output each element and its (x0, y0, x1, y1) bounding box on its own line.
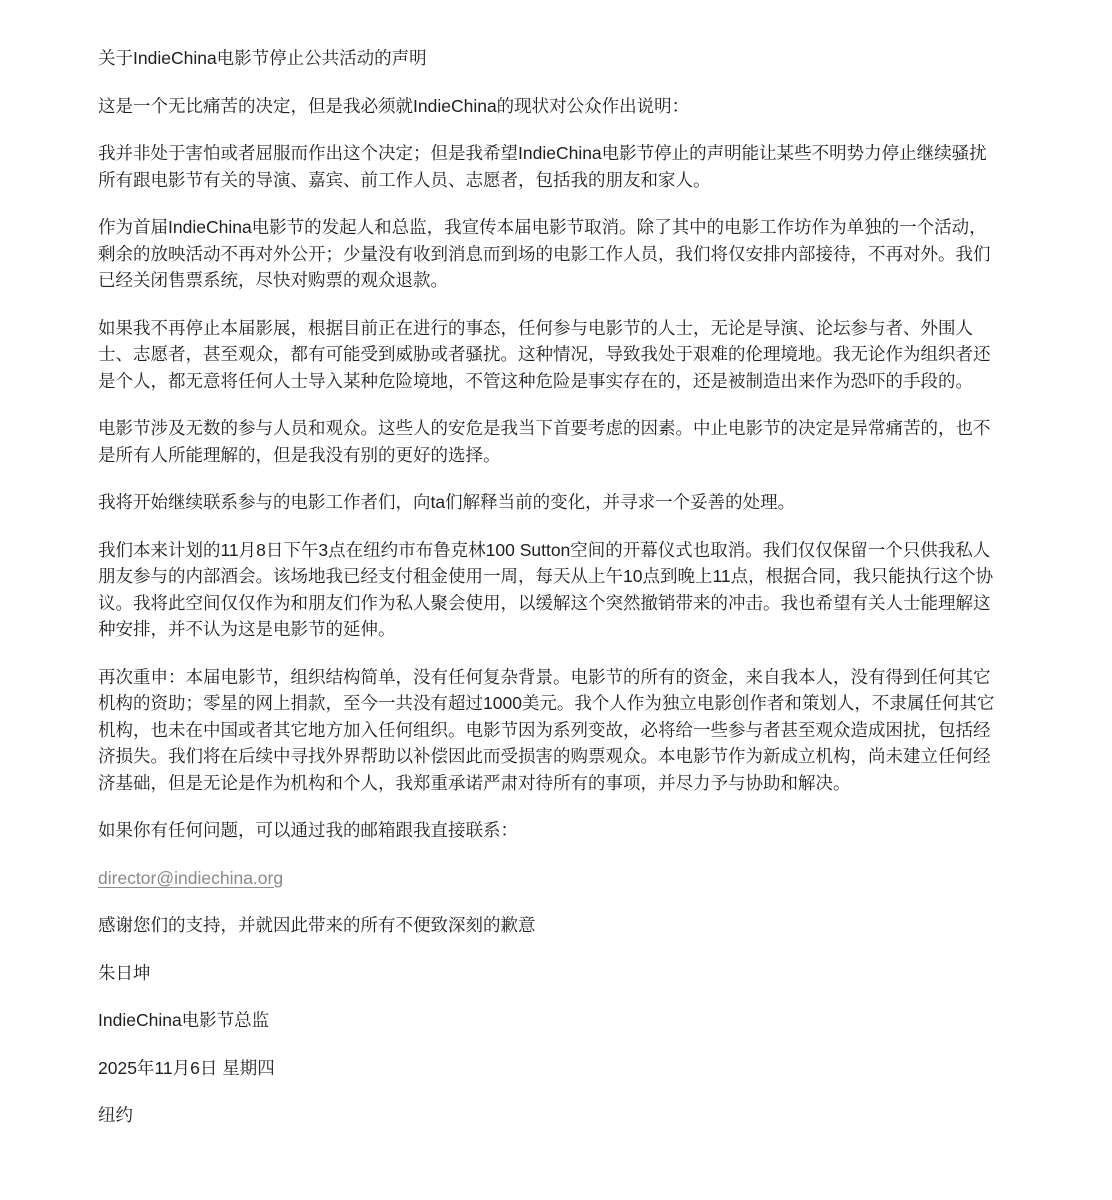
signature-block: 朱日坤 IndieChina电影节总监 2025年11月6日 星期四 纽约 (98, 960, 1004, 1129)
signature-role: IndieChina电影节总监 (98, 1007, 1004, 1034)
statement-document: 关于IndieChina电影节停止公共活动的声明 这是一个无比痛苦的决定，但是我… (0, 0, 1112, 1200)
paragraph-venue: 我们本来计划的11月8日下午3点在纽约市布鲁克林100 Sutton空间的开幕仪… (98, 537, 1004, 643)
email-link-line: director@indiechina.org (98, 865, 1004, 892)
paragraph-reiteration: 再次重申：本届电影节，组织结构简单，没有任何复杂背景。电影节的所有的资金，来自我… (98, 664, 1004, 797)
paragraph-contact-filmmakers: 我将开始继续联系参与的电影工作者们，向ta们解释当前的变化，并寻求一个妥善的处理… (98, 489, 1004, 516)
paragraph-safety: 电影节涉及无数的参与人员和观众。这些人的安危是我当下首要考虑的因素。中止电影节的… (98, 415, 1004, 468)
paragraph-cancellation: 作为首届IndieChina电影节的发起人和总监，我宣传本届电影节取消。除了其中… (98, 214, 1004, 294)
signature-name: 朱日坤 (98, 960, 1004, 987)
paragraph-motivation: 我并非处于害怕或者屈服而作出这个决定；但是我希望IndieChina电影节停止的… (98, 140, 1004, 193)
signature-location: 纽约 (98, 1102, 1004, 1129)
closing-thanks: 感谢您们的支持，并就因此带来的所有不便致深刻的歉意 (98, 912, 1004, 939)
signature-date: 2025年11月6日 星期四 (98, 1055, 1004, 1082)
paragraph-questions: 如果你有任何问题，可以通过我的邮箱跟我直接联系： (98, 817, 1004, 844)
paragraph-risk: 如果我不再停止本届影展，根据目前正在进行的事态，任何参与电影节的人士，无论是导演… (98, 315, 1004, 395)
paragraph-intro: 这是一个无比痛苦的决定，但是我必须就IndieChina的现状对公众作出说明： (98, 93, 1004, 120)
email-link[interactable]: director@indiechina.org (98, 868, 283, 888)
document-title: 关于IndieChina电影节停止公共活动的声明 (98, 45, 1004, 72)
